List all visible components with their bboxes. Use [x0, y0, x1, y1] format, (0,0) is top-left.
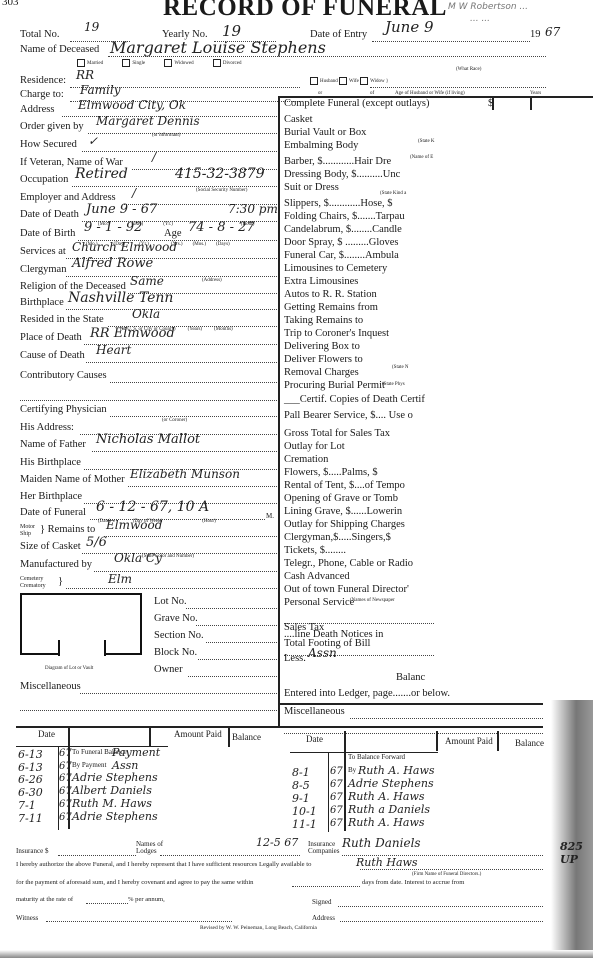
checkbox-husband[interactable]: Husband [310, 79, 338, 84]
checkbox-wife[interactable]: Wife [339, 79, 359, 84]
lot-no-label: Lot No. [154, 596, 187, 607]
ledger-year: 67 [59, 761, 72, 772]
days-text: days from date. Interest to accrue from [362, 879, 464, 886]
charge-item: Outlay for Lot [284, 441, 345, 452]
casket-value: 5/6 [86, 535, 107, 550]
cemetery-label: Cemetery [20, 576, 43, 582]
pencil-note-1: M W Robertson ... [448, 2, 528, 12]
mother-value: Elizabeth Munson [130, 467, 240, 481]
birthplace-value: Nashville Tenn [68, 290, 173, 306]
lodges-label-2: Lodges [136, 847, 157, 855]
address-label: Address [20, 104, 54, 115]
charge-item: Extra Limousines [284, 276, 358, 287]
charge-item: Procuring Burial Permit [284, 380, 385, 391]
ledger-year: 67 [59, 799, 72, 810]
services-value: Church Elmwood [72, 240, 177, 254]
ledger-date: 8-5 [292, 779, 310, 792]
ledger-desc-hw: Ruth M. Haws [72, 797, 152, 810]
revised-text: Revised by W. W. Peineman, Long Beach, C… [200, 925, 317, 931]
charge-item: Pall Bearer Service, $.... Use o [284, 410, 413, 421]
charge-item: Dressing Body, $..........Unc [284, 169, 400, 180]
ledger-balance-header-right: Balance [515, 738, 544, 748]
charge-item: Getting Remains from [284, 302, 378, 313]
resided-value: Okla [132, 307, 160, 321]
ledger-date: 11-1 [292, 818, 317, 831]
charge-item: Embalming Body [284, 140, 358, 151]
charge-item: Gross Total for Sales Tax [284, 428, 390, 439]
order-given-value: Margaret Dennis [96, 114, 200, 128]
ledger-year: 67 [59, 786, 72, 797]
manufactured-label: Manufactured by [20, 559, 92, 570]
charge-item: Slippers, $............Hose, $ [284, 198, 393, 209]
age-value: 74 - 8 - 27 [188, 220, 255, 235]
year-value: 67 [545, 25, 560, 39]
edge-note: 825 UP [560, 840, 590, 866]
charge-item: Burial Vault or Box [284, 127, 366, 138]
how-secured-value: ✓ [88, 134, 98, 148]
checkbox-single[interactable]: Single [122, 61, 145, 66]
religion-value: Same [130, 274, 164, 288]
authorize-value: Ruth Haws [356, 856, 418, 869]
ins-companies-value: Ruth Daniels [342, 836, 421, 850]
charge-item: Suit or Dress [284, 182, 339, 193]
ledger-year: 67 [330, 792, 343, 803]
ssn-hint: (Social Security Number) [196, 188, 247, 193]
ledger-amount-header-right: Amount Paid [445, 736, 493, 746]
occupation-value: Retired [75, 166, 128, 182]
race-hint: (What Race) [456, 67, 481, 72]
signed-label: Signed [312, 898, 331, 906]
ssn-value: 415-32-3879 [175, 166, 265, 182]
scan-bottom-band [0, 950, 593, 958]
misc-label-left: Miscellaneous [20, 681, 81, 692]
resided-label: Resided in the State [20, 314, 104, 325]
place-of-death-label: Place of Death [20, 332, 82, 343]
year-prefix: 19 [530, 29, 541, 40]
ledger-desc-hw: Albert Daniels [72, 784, 152, 797]
ledger-desc-hw: Ruth a Daniels [348, 803, 430, 816]
cemetery-value: Elm [108, 572, 132, 586]
charge-to-value: Family [80, 83, 121, 97]
ledger-year: 67 [330, 818, 343, 829]
ledger-desc-print: By Payment [72, 761, 106, 769]
her-birthplace-label: Her Birthplace [20, 491, 82, 502]
cause-value: Heart [96, 343, 131, 357]
diagram-caption: Diagram of Lot or Vault [45, 666, 93, 671]
mother-label: Maiden Name of Mother [20, 474, 125, 485]
charge-item: Flowers, $.....Palms, $ [284, 467, 378, 478]
maturity-text: maturity at the rate of [16, 896, 73, 903]
veteran-value: / [152, 150, 156, 164]
funeral-date-label: Date of Funeral [20, 507, 86, 518]
scan-edge-shadow [551, 700, 593, 958]
ledger-date: 8-1 [292, 766, 310, 779]
clergyman-hint: (Address) [202, 278, 222, 283]
charge-item: Out of town Funeral Director' [284, 584, 409, 595]
charge-item: Complete Funeral (except outlays) [284, 98, 430, 109]
physician-hint: (or Coroner) [162, 418, 187, 423]
percent-text: % per annum, [128, 896, 165, 903]
ledger-desc-hw: Adrie Stephens [72, 771, 158, 784]
father-value: Nicholas Mallot [96, 432, 200, 447]
charge-item: Casket [284, 114, 313, 125]
ledger-date: 7-1 [18, 799, 36, 812]
charge-item: Delivering Box to [284, 341, 360, 352]
age-label: Age [164, 228, 182, 239]
order-given-label: Order given by [20, 121, 84, 132]
birth-date-label: Date of Birth [20, 228, 75, 239]
ledger-date-header-right: Date [306, 734, 323, 744]
ledger-date: 6-26 [18, 773, 43, 786]
ledger-year: 67 [330, 779, 343, 790]
corner-mark: 303 [2, 0, 19, 8]
ins-companies-label-2: Companies [308, 847, 340, 855]
last-ledger-date: 12-5 67 [256, 836, 298, 849]
deceased-name-value: Margaret Louise Stephens [110, 38, 326, 57]
ledger-desc-hw: Ruth A. Haws [358, 764, 435, 777]
ledger-year: 67 [59, 773, 72, 784]
payment-text: for the payment of aforesaid sum, and I … [16, 879, 253, 886]
how-secured-label: How Secured [20, 139, 77, 150]
charge-item: Taking Remains to [284, 315, 363, 326]
ledger-year: 67 [330, 805, 343, 816]
ledger-date: 9-1 [292, 792, 310, 805]
services-label: Services at [20, 246, 66, 257]
ledger-date: 7-11 [18, 812, 43, 825]
block-no-label: Block No. [154, 647, 197, 658]
checkbox-widowed[interactable]: Widowed [164, 61, 193, 66]
charge-item: Autos to R. R. Station [284, 289, 377, 300]
charge-item: Personal Service [284, 597, 354, 608]
total-no-value: 19 [84, 20, 99, 34]
charge-item: Lining Grave, $......Lowerin [284, 506, 402, 517]
residence-label: Residence: [20, 75, 66, 86]
checkbox-married[interactable]: Married [77, 61, 103, 66]
charge-item: Outlay for Shipping Charges [284, 519, 405, 530]
pencil-note-2: ... ... [470, 14, 490, 24]
charge-item: Opening of Grave or Tomb [284, 493, 398, 504]
birth-date-value: 9 - 1 - 92 [84, 220, 142, 235]
ledger-year: 67 [59, 748, 72, 759]
ledger-desc-hw: Adrie Stephens [348, 777, 434, 790]
deceased-name-label: Name of Deceased [20, 44, 99, 55]
ledger-desc-hw: Adrie Stephens [72, 810, 158, 823]
less-label: Less. [284, 653, 306, 664]
crematory-label: Crematory [20, 583, 46, 589]
ledger-entry-label: Entered into Ledger, page.......or below… [284, 688, 450, 699]
charge-item: Limousines to Cemetery [284, 263, 387, 274]
balance-label: Balanc [396, 672, 425, 683]
authorize-text: I hereby authorize the above Funeral, an… [16, 861, 311, 868]
ledger-desc-print: To Balance Forward [348, 753, 405, 761]
ledger-desc-print: By [348, 766, 356, 774]
death-date-label: Date of Death [20, 209, 79, 220]
section-no-label: Section No. [154, 630, 204, 641]
ledger-date: 10-1 [292, 805, 317, 818]
death-date-value: June 9 - 67 [86, 202, 157, 217]
clergyman-label: Clergyman [20, 264, 66, 275]
misc-label-right: Miscellaneous [284, 706, 345, 717]
order-given-hint: (or informant) [152, 133, 180, 138]
charge-item: Clergyman,$.....Singers,$ [284, 532, 391, 543]
address-value: Elmwood City, Ok [78, 98, 186, 112]
father-label: Name of Father [20, 439, 86, 450]
sales-tax-label: Sales Tax [284, 622, 324, 633]
charge-item: Folding Chairs, $.......Tarpau [284, 211, 405, 222]
birthplace-label: Birthplace [20, 297, 64, 308]
owner-label: Owner [154, 664, 183, 675]
cause-label: Cause of Death [20, 350, 85, 361]
contributory-label: Contributory Causes [20, 370, 107, 381]
charge-item: Funeral Car, $........Ambula [284, 250, 399, 261]
physician-label: Certifying Physician [20, 404, 107, 415]
total-no-label: Total No. [20, 29, 60, 40]
occupation-label: Occupation [20, 174, 68, 185]
charge-item: Tickets, $........ [284, 545, 346, 556]
ledger-desc-hw: Ruth A. Haws [348, 816, 425, 829]
ship-label: Ship [20, 531, 31, 537]
funeral-date-value: 6 - 12 - 67, 10 A [96, 499, 209, 515]
his-birthplace-label: His Birthplace [20, 457, 81, 468]
funeral-date-suffix: M. [266, 512, 274, 520]
marital-status: Married Single Widowed Divorced [77, 59, 242, 67]
ledger-amount-header: Amount Paid [174, 729, 222, 739]
charge-to-label: Charge to: [20, 89, 64, 100]
charge-item: Door Spray, $ .........Gloves [284, 237, 399, 248]
witness-label: Witness [16, 914, 38, 922]
charge-item: ___Certif. Copies of Death Certif [284, 394, 425, 405]
address-footer-label: Address [312, 914, 335, 922]
ledger-desc-hw: Payment [112, 746, 160, 759]
ledger-date: 6-30 [18, 786, 43, 799]
death-hour-value: 7:30 pm [228, 202, 278, 216]
employer-value: / [132, 186, 136, 200]
charge-item: Trip to Coroner's Inquest [284, 328, 389, 339]
ledger-balance-header: Balance [232, 732, 261, 742]
ledger-year: 67 [330, 766, 343, 777]
remains-label: } Remains to [40, 524, 95, 535]
firm-hint: (Firm Name of Funeral Directors.) [412, 872, 481, 877]
residence-value: RR [76, 68, 94, 82]
charge-item: Deliver Flowers to [284, 354, 363, 365]
charge-item: Candelabrum, $........Candle [284, 224, 402, 235]
ledger-desc-hw: Ruth A. Haws [348, 790, 425, 803]
place-of-death-value: RR Elmwood [90, 326, 175, 341]
insurance-label: Insurance $ [16, 847, 48, 855]
charge-item: Cash Advanced [284, 571, 350, 582]
ledger-date: 6-13 [18, 748, 43, 761]
checkbox-divorced[interactable]: Divorced [213, 61, 242, 66]
his-address-label: His Address: [20, 422, 74, 433]
charge-item: Cremation [284, 454, 328, 465]
less-value: Assn [308, 646, 337, 660]
charge-item: Rental of Tent, $....of Tempo [284, 480, 405, 491]
casket-label: Size of Casket [20, 541, 81, 552]
motor-label: Motor [20, 524, 35, 530]
clergyman-value: Alfred Rowe [72, 256, 153, 271]
charge-item: Removal Charges [284, 367, 359, 378]
date-of-entry-value: June 9 [385, 18, 434, 36]
ledger-date-header: Date [38, 729, 55, 739]
checkbox-widow[interactable]: Widow [360, 79, 385, 84]
spouse-options: Husband Wife Widow } [310, 77, 388, 85]
charge-item: Barber, $............Hair Dre [284, 156, 391, 167]
grave-no-label: Grave No. [154, 613, 198, 624]
manufactured-value: Okla Cy [114, 551, 162, 565]
remains-value: Elmwood [106, 518, 162, 532]
charge-item: Telegr., Phone, Cable or Radio [284, 558, 413, 569]
ledger-year: 67 [59, 812, 72, 823]
